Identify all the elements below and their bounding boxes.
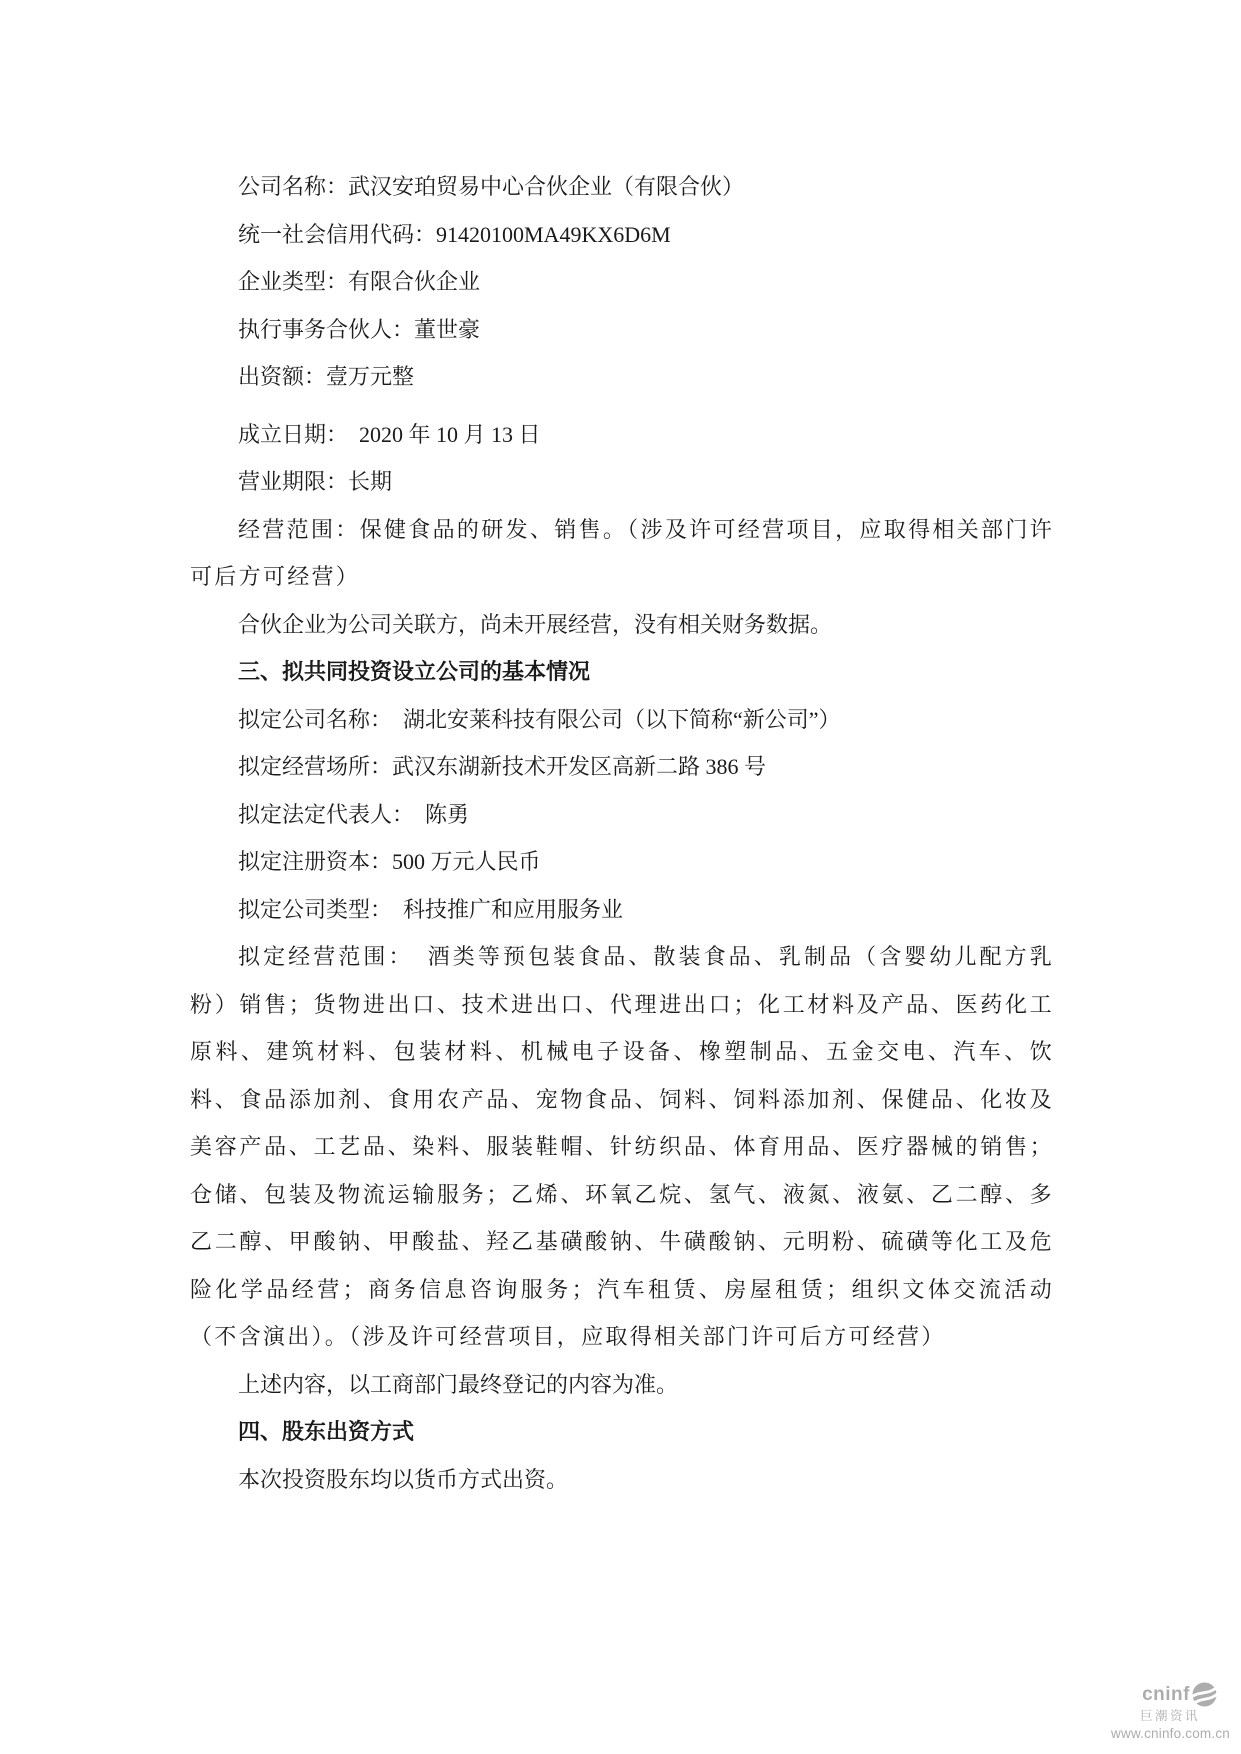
para-business-scope: 经营范围：保健食品的研发、销售。（涉及许可经营项目，应取得相关部门许可后方可经营… xyxy=(190,506,1054,601)
para-related-party-note: 合伙企业为公司关联方，尚未开展经营，没有相关财务数据。 xyxy=(190,601,1054,649)
cninfo-logo-text: cninf xyxy=(1142,1685,1190,1704)
cninfo-watermark: cninf 巨潮资讯 www.cninfo.com.cn xyxy=(1090,1682,1230,1740)
para-company-type: 企业类型：有限合伙企业 xyxy=(190,258,1054,306)
para-proposed-premises: 拟定经营场所：武汉东湖新技术开发区高新二路 386 号 xyxy=(190,743,1054,791)
cninfo-globe-icon xyxy=(1192,1682,1217,1707)
para-managing-partner: 执行事务合伙人：董世豪 xyxy=(190,306,1054,354)
document-body: 公司名称：武汉安珀贸易中心合伙企业（有限合伙） 统一社会信用代码：9142010… xyxy=(190,163,1054,1503)
para-proposed-company-type: 拟定公司类型： 科技推广和应用服务业 xyxy=(190,886,1054,934)
para-proposed-legal-rep: 拟定法定代表人： 陈勇 xyxy=(190,791,1054,839)
heading-section-4: 四、股东出资方式 xyxy=(190,1408,1054,1456)
cninfo-url: www.cninfo.com.cn xyxy=(1090,1727,1230,1741)
para-establish-date: 成立日期： 2020 年 10 月 13 日 xyxy=(190,411,1054,459)
para-proposed-company-name: 拟定公司名称： 湖北安莱科技有限公司（以下简称“新公司”） xyxy=(190,696,1054,744)
para-company-name: 公司名称：武汉安珀贸易中心合伙企业（有限合伙） xyxy=(190,163,1054,211)
para-proposed-registered-capital: 拟定注册资本：500 万元人民币 xyxy=(190,838,1054,886)
document-page: 公司名称：武汉安珀贸易中心合伙企业（有限合伙） 统一社会信用代码：9142010… xyxy=(0,0,1241,1754)
para-credit-code: 统一社会信用代码：91420100MA49KX6D6M xyxy=(190,211,1054,259)
para-contribution-method: 本次投资股东均以货币方式出资。 xyxy=(190,1456,1054,1504)
para-proposed-business-scope: 拟定经营范围： 酒类等预包装食品、散装食品、乳制品（含婴幼儿配方乳粉）销售；货物… xyxy=(190,933,1054,1361)
cninfo-logo-row: cninf xyxy=(1090,1682,1217,1707)
cninfo-brand-cn: 巨潮资讯 xyxy=(1090,1710,1200,1723)
heading-section-3: 三、拟共同投资设立公司的基本情况 xyxy=(190,648,1054,696)
para-business-term: 营业期限：长期 xyxy=(190,458,1054,506)
para-capital-contribution: 出资额：壹万元整 xyxy=(190,353,1054,401)
para-final-registration-note: 上述内容，以工商部门最终登记的内容为准。 xyxy=(190,1361,1054,1409)
